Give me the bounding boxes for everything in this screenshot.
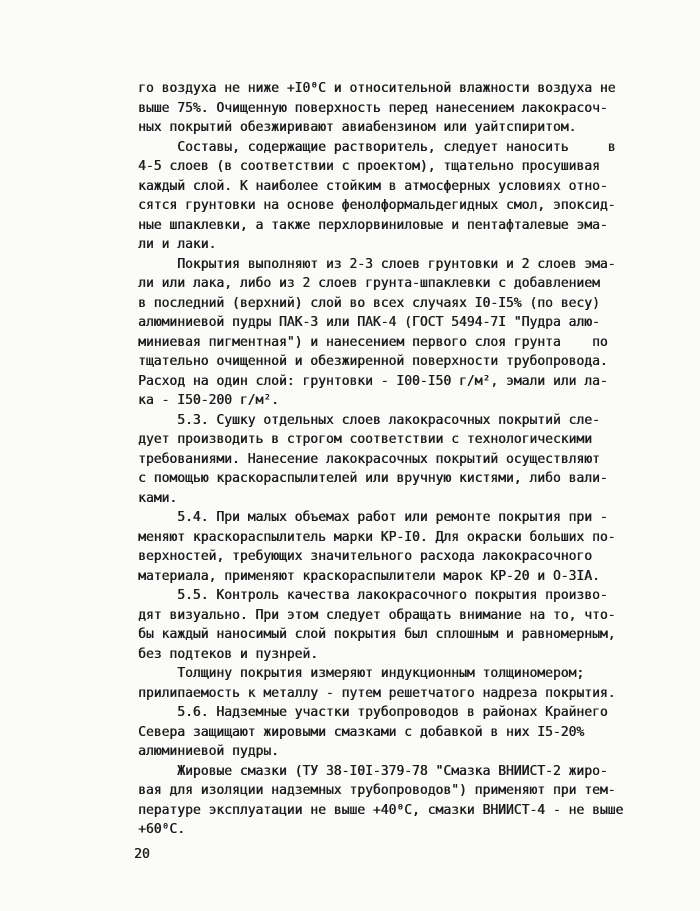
page-number: 20 (134, 845, 150, 864)
page-body-text: го воздуха не ниже +I0⁰С и относительной… (138, 79, 623, 840)
document-page: го воздуха не ниже +I0⁰С и относительной… (0, 0, 700, 911)
